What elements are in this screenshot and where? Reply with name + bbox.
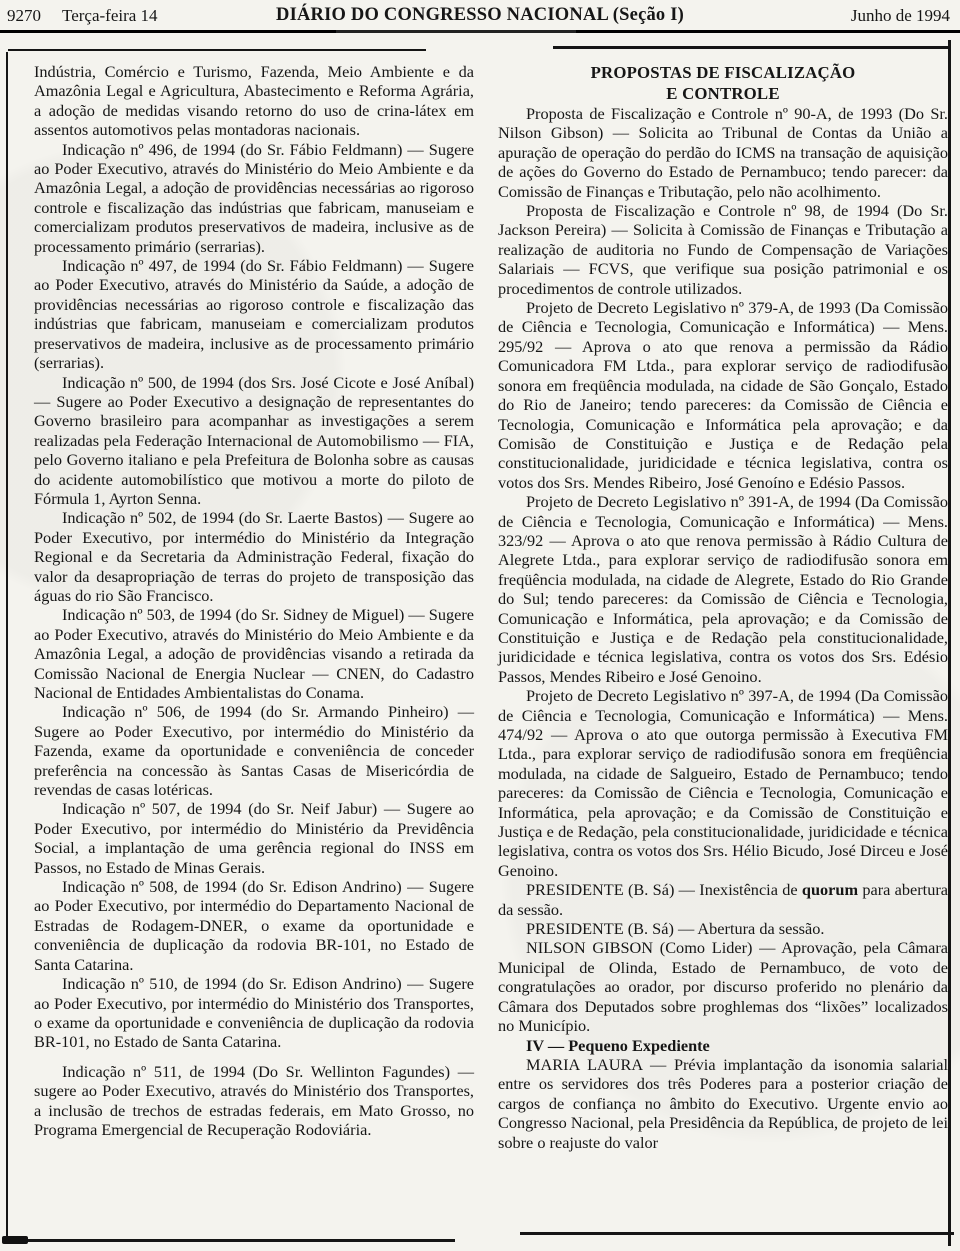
paragraph: Indicação nº 502, de 1994 (do Sr. Laerte… <box>34 508 474 605</box>
scan-ink-blob <box>2 1236 28 1244</box>
paragraph: Projeto de Decreto Legislativo nº 397-A,… <box>498 686 948 880</box>
paragraph: Indicação nº 500, de 1994 (dos Srs. José… <box>34 373 474 509</box>
paragraph: Indicação nº 507, de 1994 (do Sr. Neif J… <box>34 799 474 877</box>
paragraph: PRESIDENTE (B. Sá) — Abertura da sessão. <box>498 919 948 938</box>
left-column-bottom-rule <box>3 1239 455 1242</box>
paragraph: Indicação nº 510, de 1994 (do Sr. Edison… <box>34 974 474 1052</box>
paragraph: PRESIDENTE (B. Sá) — Inexistência de quo… <box>498 880 948 919</box>
paragraph: MARIA LAURA — Prévia implantação da ison… <box>498 1055 948 1152</box>
section-heading-line1: PROPOSTAS DE FISCALIZAÇÃO <box>591 63 856 82</box>
paragraph: Indicação nº 506, de 1994 (do Sr. Armand… <box>34 702 474 799</box>
left-column-top-rule <box>8 49 426 51</box>
right-column-bottom-rule <box>520 1232 954 1235</box>
text-run: PRESIDENTE (B. Sá) — Inexistência de <box>526 880 802 899</box>
paragraph: Indicação nº 503, de 1994 (do Sr. Sidney… <box>34 605 474 702</box>
journal-title: DIÁRIO DO CONGRESSO NACIONAL (Seção I) <box>0 5 960 26</box>
paragraph: Projeto de Decreto Legislativo nº 391-A,… <box>498 492 948 686</box>
paragraph: IV — Pequeno Expediente <box>498 1036 948 1055</box>
right-text-column: PROPOSTAS DE FISCALIZAÇÃOE CONTROLE Prop… <box>498 62 948 1152</box>
bold-text: IV — Pequeno Expediente <box>526 1036 710 1055</box>
paragraph: Indicação nº 511, de 1994 (Do Sr. Wellin… <box>34 1062 474 1140</box>
paragraph: NILSON GIBSON (Como Lider) — Aprovação, … <box>498 938 948 1035</box>
page-header: 9270 Terça-feira 14 DIÁRIO DO CONGRESSO … <box>0 4 960 30</box>
paragraph: Indicação nº 496, de 1994 (do Sr. Fábio … <box>34 140 474 256</box>
paragraph: Projeto de Decreto Legislativo nº 379-A,… <box>498 298 948 492</box>
paragraph: Indicação nº 508, de 1994 (do Sr. Edison… <box>34 877 474 974</box>
bold-text: quorum <box>802 880 858 899</box>
right-page-border <box>948 40 951 1246</box>
section-heading-fiscalizacao: PROPOSTAS DE FISCALIZAÇÃOE CONTROLE <box>498 62 948 104</box>
paragraph: Proposta de Fiscalização e Controle nº 9… <box>498 104 948 201</box>
header-rule <box>0 30 960 33</box>
left-text-column: Indústria, Comércio e Turismo, Fazenda, … <box>34 62 474 1139</box>
left-page-border <box>6 52 8 1244</box>
section-heading-line2: E CONTROLE <box>666 84 779 103</box>
paragraph: Proposta de Fiscalização e Controle nº 9… <box>498 201 948 298</box>
paragraph: Indústria, Comércio e Turismo, Fazenda, … <box>34 62 474 140</box>
gazette-page: 9270 Terça-feira 14 DIÁRIO DO CONGRESSO … <box>0 0 960 1251</box>
issue-date: Junho de 1994 <box>851 6 950 26</box>
paragraph: Indicação nº 497, de 1994 (do Sr. Fábio … <box>34 256 474 372</box>
right-column-top-rule <box>553 46 949 49</box>
right-column-paragraphs: Proposta de Fiscalização e Controle nº 9… <box>498 104 948 1152</box>
